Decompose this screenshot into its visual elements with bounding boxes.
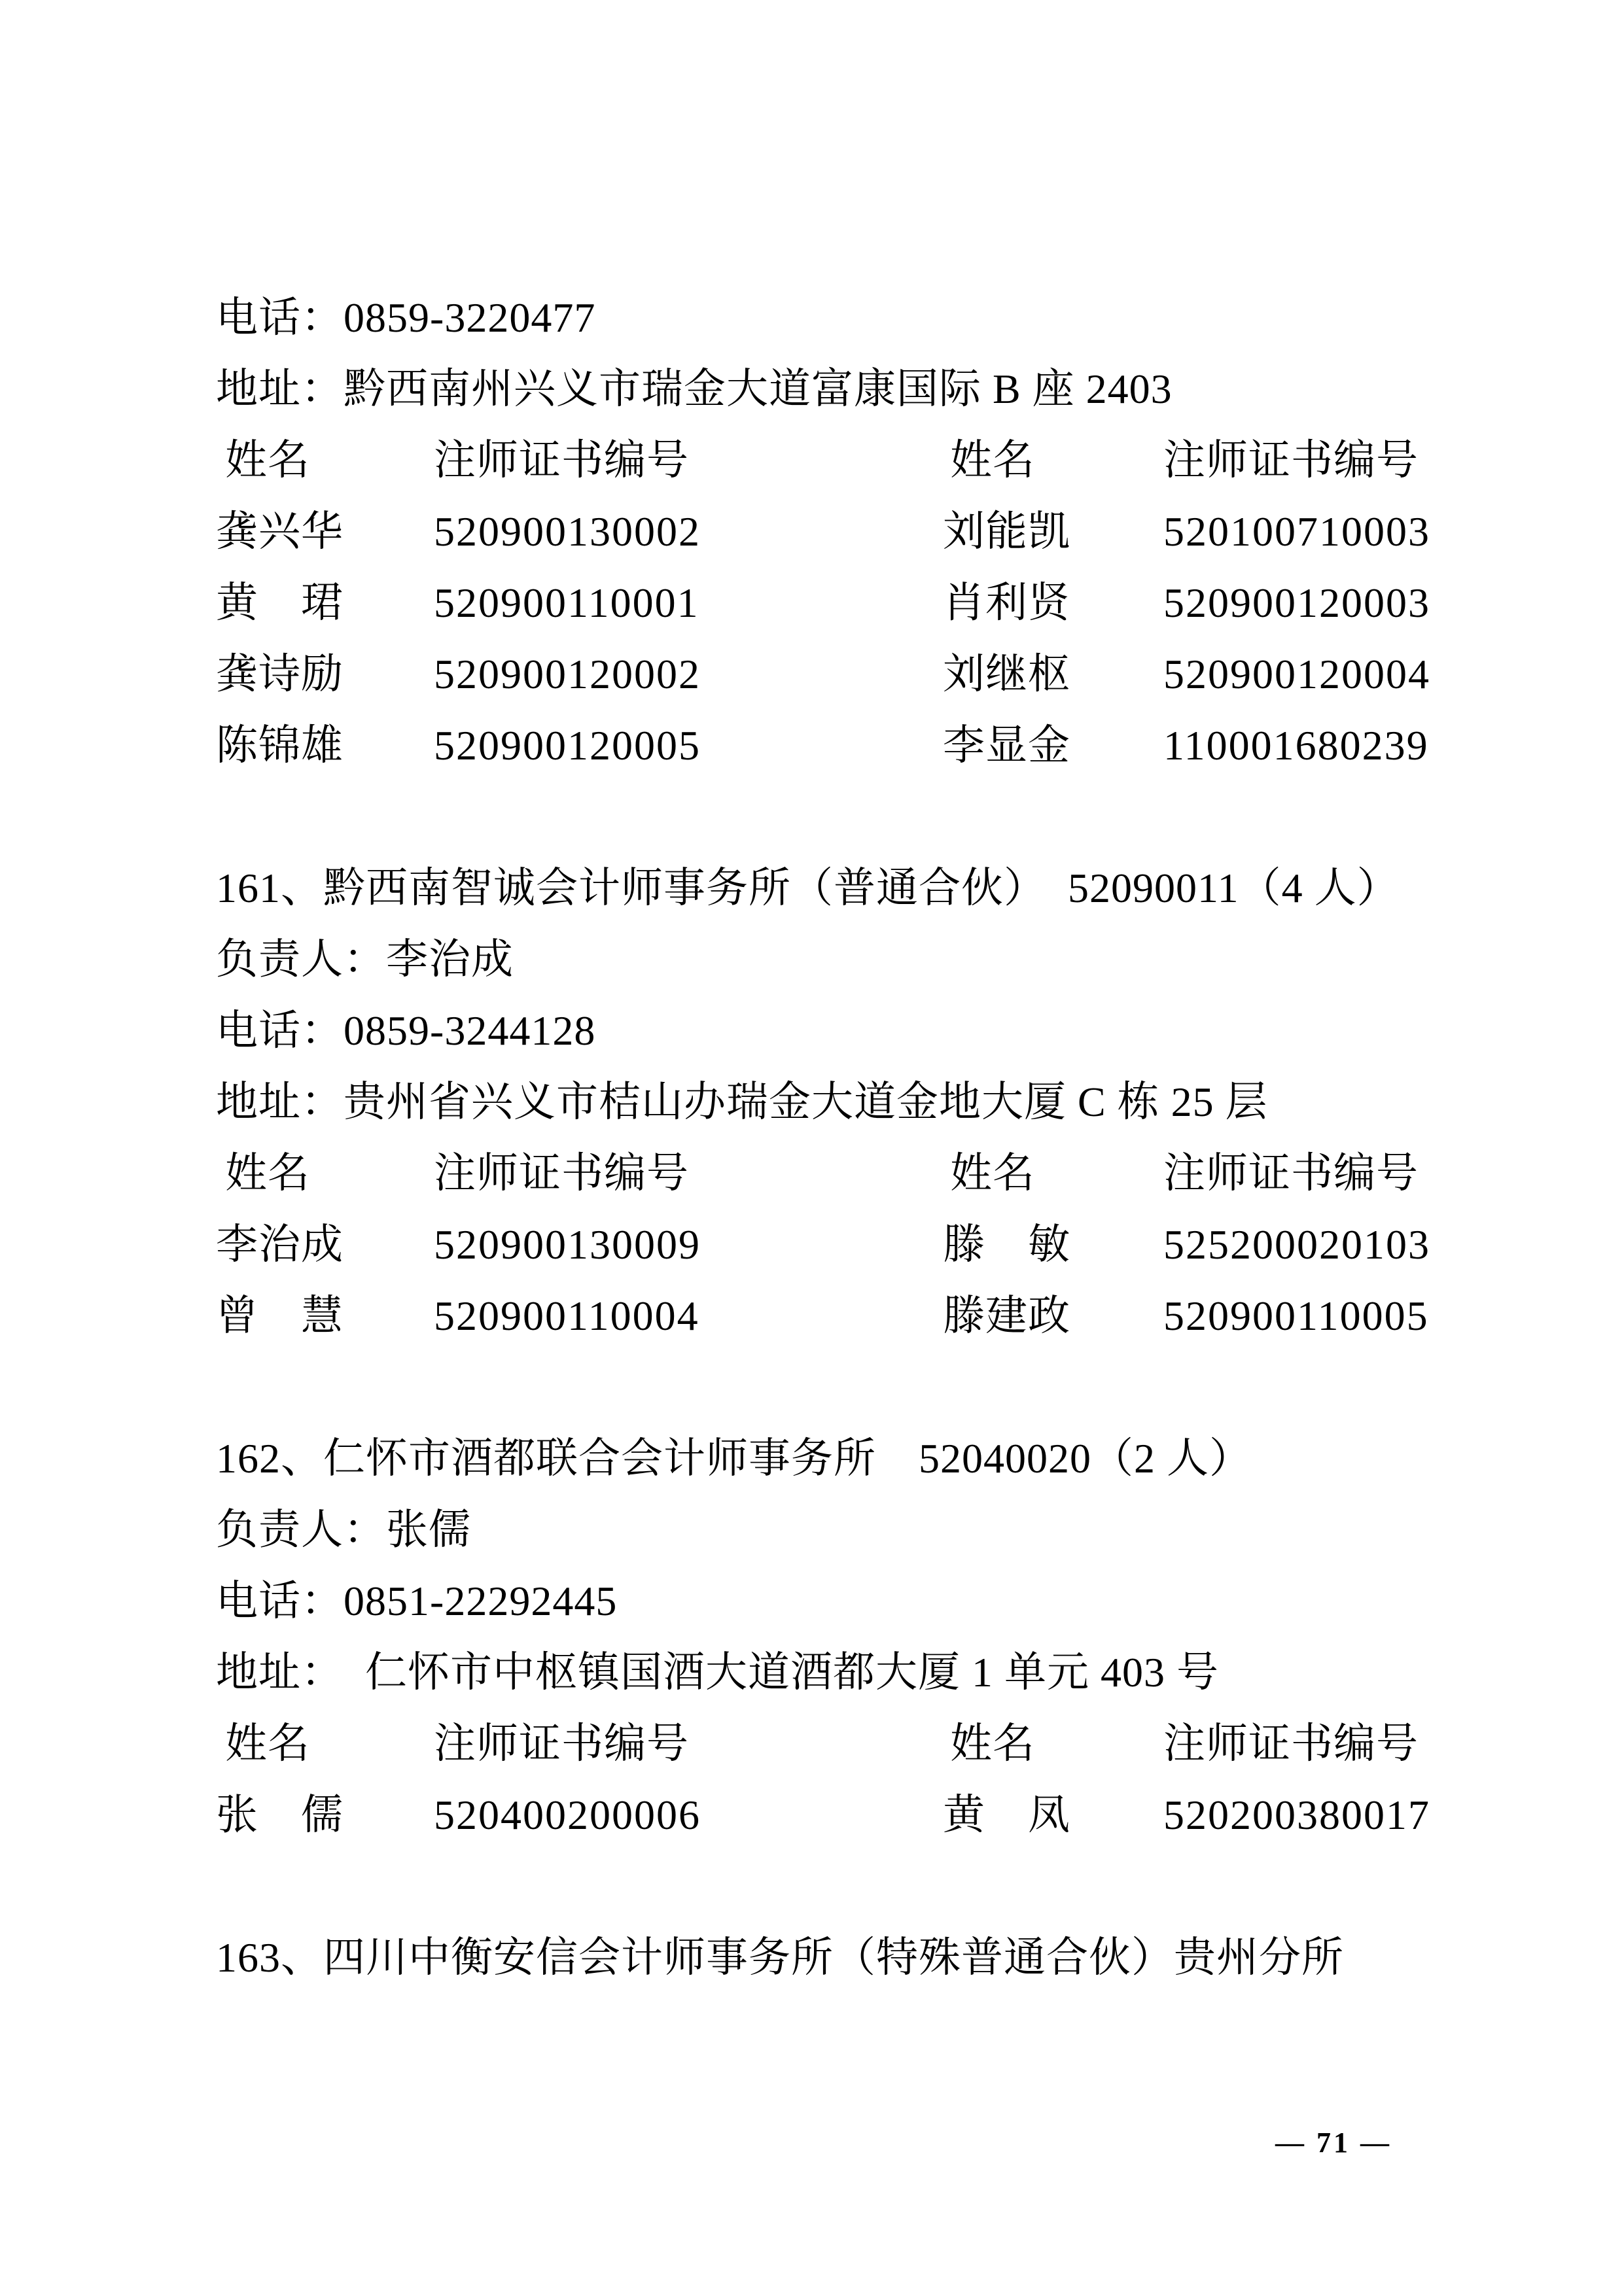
page-number: — 71 — bbox=[1275, 2123, 1392, 2163]
member-name: 滕 敏 bbox=[943, 1209, 1163, 1280]
member-name: 龚兴华 bbox=[216, 496, 434, 567]
col-header-name: 姓名 bbox=[216, 1138, 434, 1209]
member-cert-number: 525200020103 bbox=[1163, 1209, 1430, 1280]
col-header-cert: 注师证书编号 bbox=[1163, 1138, 1428, 1209]
table-header-row: 姓名 注师证书编号 姓名 注师证书编号 bbox=[216, 425, 1428, 496]
member-cert-number: 520900120005 bbox=[434, 710, 943, 781]
member-name: 张 儒 bbox=[216, 1779, 434, 1851]
col-header-name: 姓名 bbox=[216, 425, 434, 496]
leader-label: 负责人： bbox=[216, 936, 386, 983]
member-name: 黄 珺 bbox=[216, 567, 434, 638]
address-label: 地址： bbox=[216, 1649, 323, 1696]
firm-section-continued: 电话：0859-3220477 地址：黔西南州兴义市瑞金大道富康国际 B 座 2… bbox=[216, 282, 1428, 781]
blank-line bbox=[216, 1351, 1428, 1423]
member-name: 李显金 bbox=[943, 710, 1163, 781]
phone-label: 电话： bbox=[216, 294, 344, 341]
leader-line: 负责人：张儒 bbox=[216, 1494, 1428, 1565]
col-header-name: 姓名 bbox=[943, 1138, 1163, 1209]
member-cert-number: 520900110001 bbox=[434, 567, 943, 638]
member-cert-number: 520200380017 bbox=[1163, 1779, 1430, 1851]
blank-line bbox=[216, 1851, 1428, 1922]
table-row: 李治成 520900130009 滕 敏 525200020103 bbox=[216, 1209, 1428, 1280]
member-cert-number: 520900120004 bbox=[1163, 638, 1430, 710]
phone-line: 电话：0851-22292445 bbox=[216, 1565, 1428, 1637]
table-header-row: 姓名 注师证书编号 姓名 注师证书编号 bbox=[216, 1138, 1428, 1209]
member-name: 曾 慧 bbox=[216, 1280, 434, 1351]
member-cert-number: 520900120003 bbox=[1163, 567, 1430, 638]
firm-heading: 163、四川中衡安信会计师事务所（特殊普通合伙）贵州分所 bbox=[216, 1922, 1428, 1993]
member-cert-number: 520900130009 bbox=[434, 1209, 943, 1280]
member-name: 黄 凤 bbox=[943, 1779, 1163, 1851]
leader-label: 负责人： bbox=[216, 1506, 386, 1553]
phone-label: 电话： bbox=[216, 1007, 344, 1054]
address-value: 仁怀市中枢镇国酒大道酒都大厦 1 单元 403 号 bbox=[323, 1649, 1219, 1696]
member-cert-number: 520900110004 bbox=[434, 1280, 943, 1351]
page-content: 电话：0859-3220477 地址：黔西南州兴义市瑞金大道富康国际 B 座 2… bbox=[216, 282, 1428, 1993]
phone-value: 0859-3220477 bbox=[344, 294, 595, 341]
firm-heading: 161、黔西南智诚会计师事务所（普通合伙） 52090011（4 人） bbox=[216, 852, 1428, 924]
member-name: 刘能凯 bbox=[943, 496, 1163, 567]
phone-label: 电话： bbox=[216, 1578, 344, 1624]
member-cert-number: 110001680239 bbox=[1163, 710, 1429, 781]
member-name: 龚诗励 bbox=[216, 638, 434, 710]
col-header-cert: 注师证书编号 bbox=[1163, 1708, 1428, 1779]
member-name: 李治成 bbox=[216, 1209, 434, 1280]
address-line: 地址：黔西南州兴义市瑞金大道富康国际 B 座 2403 bbox=[216, 353, 1428, 425]
member-cert-number: 520900130002 bbox=[434, 496, 943, 567]
col-header-cert: 注师证书编号 bbox=[434, 1708, 943, 1779]
firm-section-161: 161、黔西南智诚会计师事务所（普通合伙） 52090011（4 人） 负责人：… bbox=[216, 852, 1428, 1351]
address-line: 地址： 仁怀市中枢镇国酒大道酒都大厦 1 单元 403 号 bbox=[216, 1637, 1428, 1708]
col-header-name: 姓名 bbox=[943, 1708, 1163, 1779]
table-row: 陈锦雄 520900120005 李显金 110001680239 bbox=[216, 710, 1428, 781]
table-row: 龚兴华 520900130002 刘能凯 520100710003 bbox=[216, 496, 1428, 567]
member-cert-number: 520400200006 bbox=[434, 1779, 943, 1851]
col-header-name: 姓名 bbox=[943, 425, 1163, 496]
table-row: 龚诗励 520900120002 刘继枢 520900120004 bbox=[216, 638, 1428, 710]
address-label: 地址： bbox=[216, 1079, 344, 1125]
col-header-cert: 注师证书编号 bbox=[434, 1138, 943, 1209]
col-header-cert: 注师证书编号 bbox=[434, 425, 943, 496]
phone-value: 0859-3244128 bbox=[344, 1007, 595, 1054]
leader-value: 张儒 bbox=[386, 1506, 471, 1553]
table-header-row: 姓名 注师证书编号 姓名 注师证书编号 bbox=[216, 1708, 1428, 1779]
blank-line bbox=[216, 781, 1428, 852]
member-cert-number: 520100710003 bbox=[1163, 496, 1430, 567]
phone-line: 电话：0859-3244128 bbox=[216, 995, 1428, 1066]
address-value: 黔西南州兴义市瑞金大道富康国际 B 座 2403 bbox=[344, 366, 1173, 412]
member-name: 肖利贤 bbox=[943, 567, 1163, 638]
table-row: 张 儒 520400200006 黄 凤 520200380017 bbox=[216, 1779, 1428, 1851]
firm-section-163: 163、四川中衡安信会计师事务所（特殊普通合伙）贵州分所 bbox=[216, 1922, 1428, 1993]
col-header-name: 姓名 bbox=[216, 1708, 434, 1779]
table-row: 黄 珺 520900110001 肖利贤 520900120003 bbox=[216, 567, 1428, 638]
leader-line: 负责人：李治成 bbox=[216, 924, 1428, 995]
document-page: 电话：0859-3220477 地址：黔西南州兴义市瑞金大道富康国际 B 座 2… bbox=[0, 0, 1624, 2296]
member-name: 滕建政 bbox=[943, 1280, 1163, 1351]
phone-value: 0851-22292445 bbox=[344, 1578, 617, 1624]
member-cert-number: 520900120002 bbox=[434, 638, 943, 710]
member-name: 刘继枢 bbox=[943, 638, 1163, 710]
member-cert-number: 520900110005 bbox=[1163, 1280, 1429, 1351]
firm-heading: 162、仁怀市酒都联合会计师事务所 52040020（2 人） bbox=[216, 1423, 1428, 1494]
address-value: 贵州省兴义市桔山办瑞金大道金地大厦 C 栋 25 层 bbox=[344, 1079, 1268, 1125]
member-name: 陈锦雄 bbox=[216, 710, 434, 781]
address-label: 地址： bbox=[216, 366, 344, 412]
address-line: 地址：贵州省兴义市桔山办瑞金大道金地大厦 C 栋 25 层 bbox=[216, 1066, 1428, 1138]
firm-section-162: 162、仁怀市酒都联合会计师事务所 52040020（2 人） 负责人：张儒 电… bbox=[216, 1423, 1428, 1851]
col-header-cert: 注师证书编号 bbox=[1163, 425, 1428, 496]
leader-value: 李治成 bbox=[386, 936, 514, 983]
phone-line: 电话：0859-3220477 bbox=[216, 282, 1428, 353]
table-row: 曾 慧 520900110004 滕建政 520900110005 bbox=[216, 1280, 1428, 1351]
